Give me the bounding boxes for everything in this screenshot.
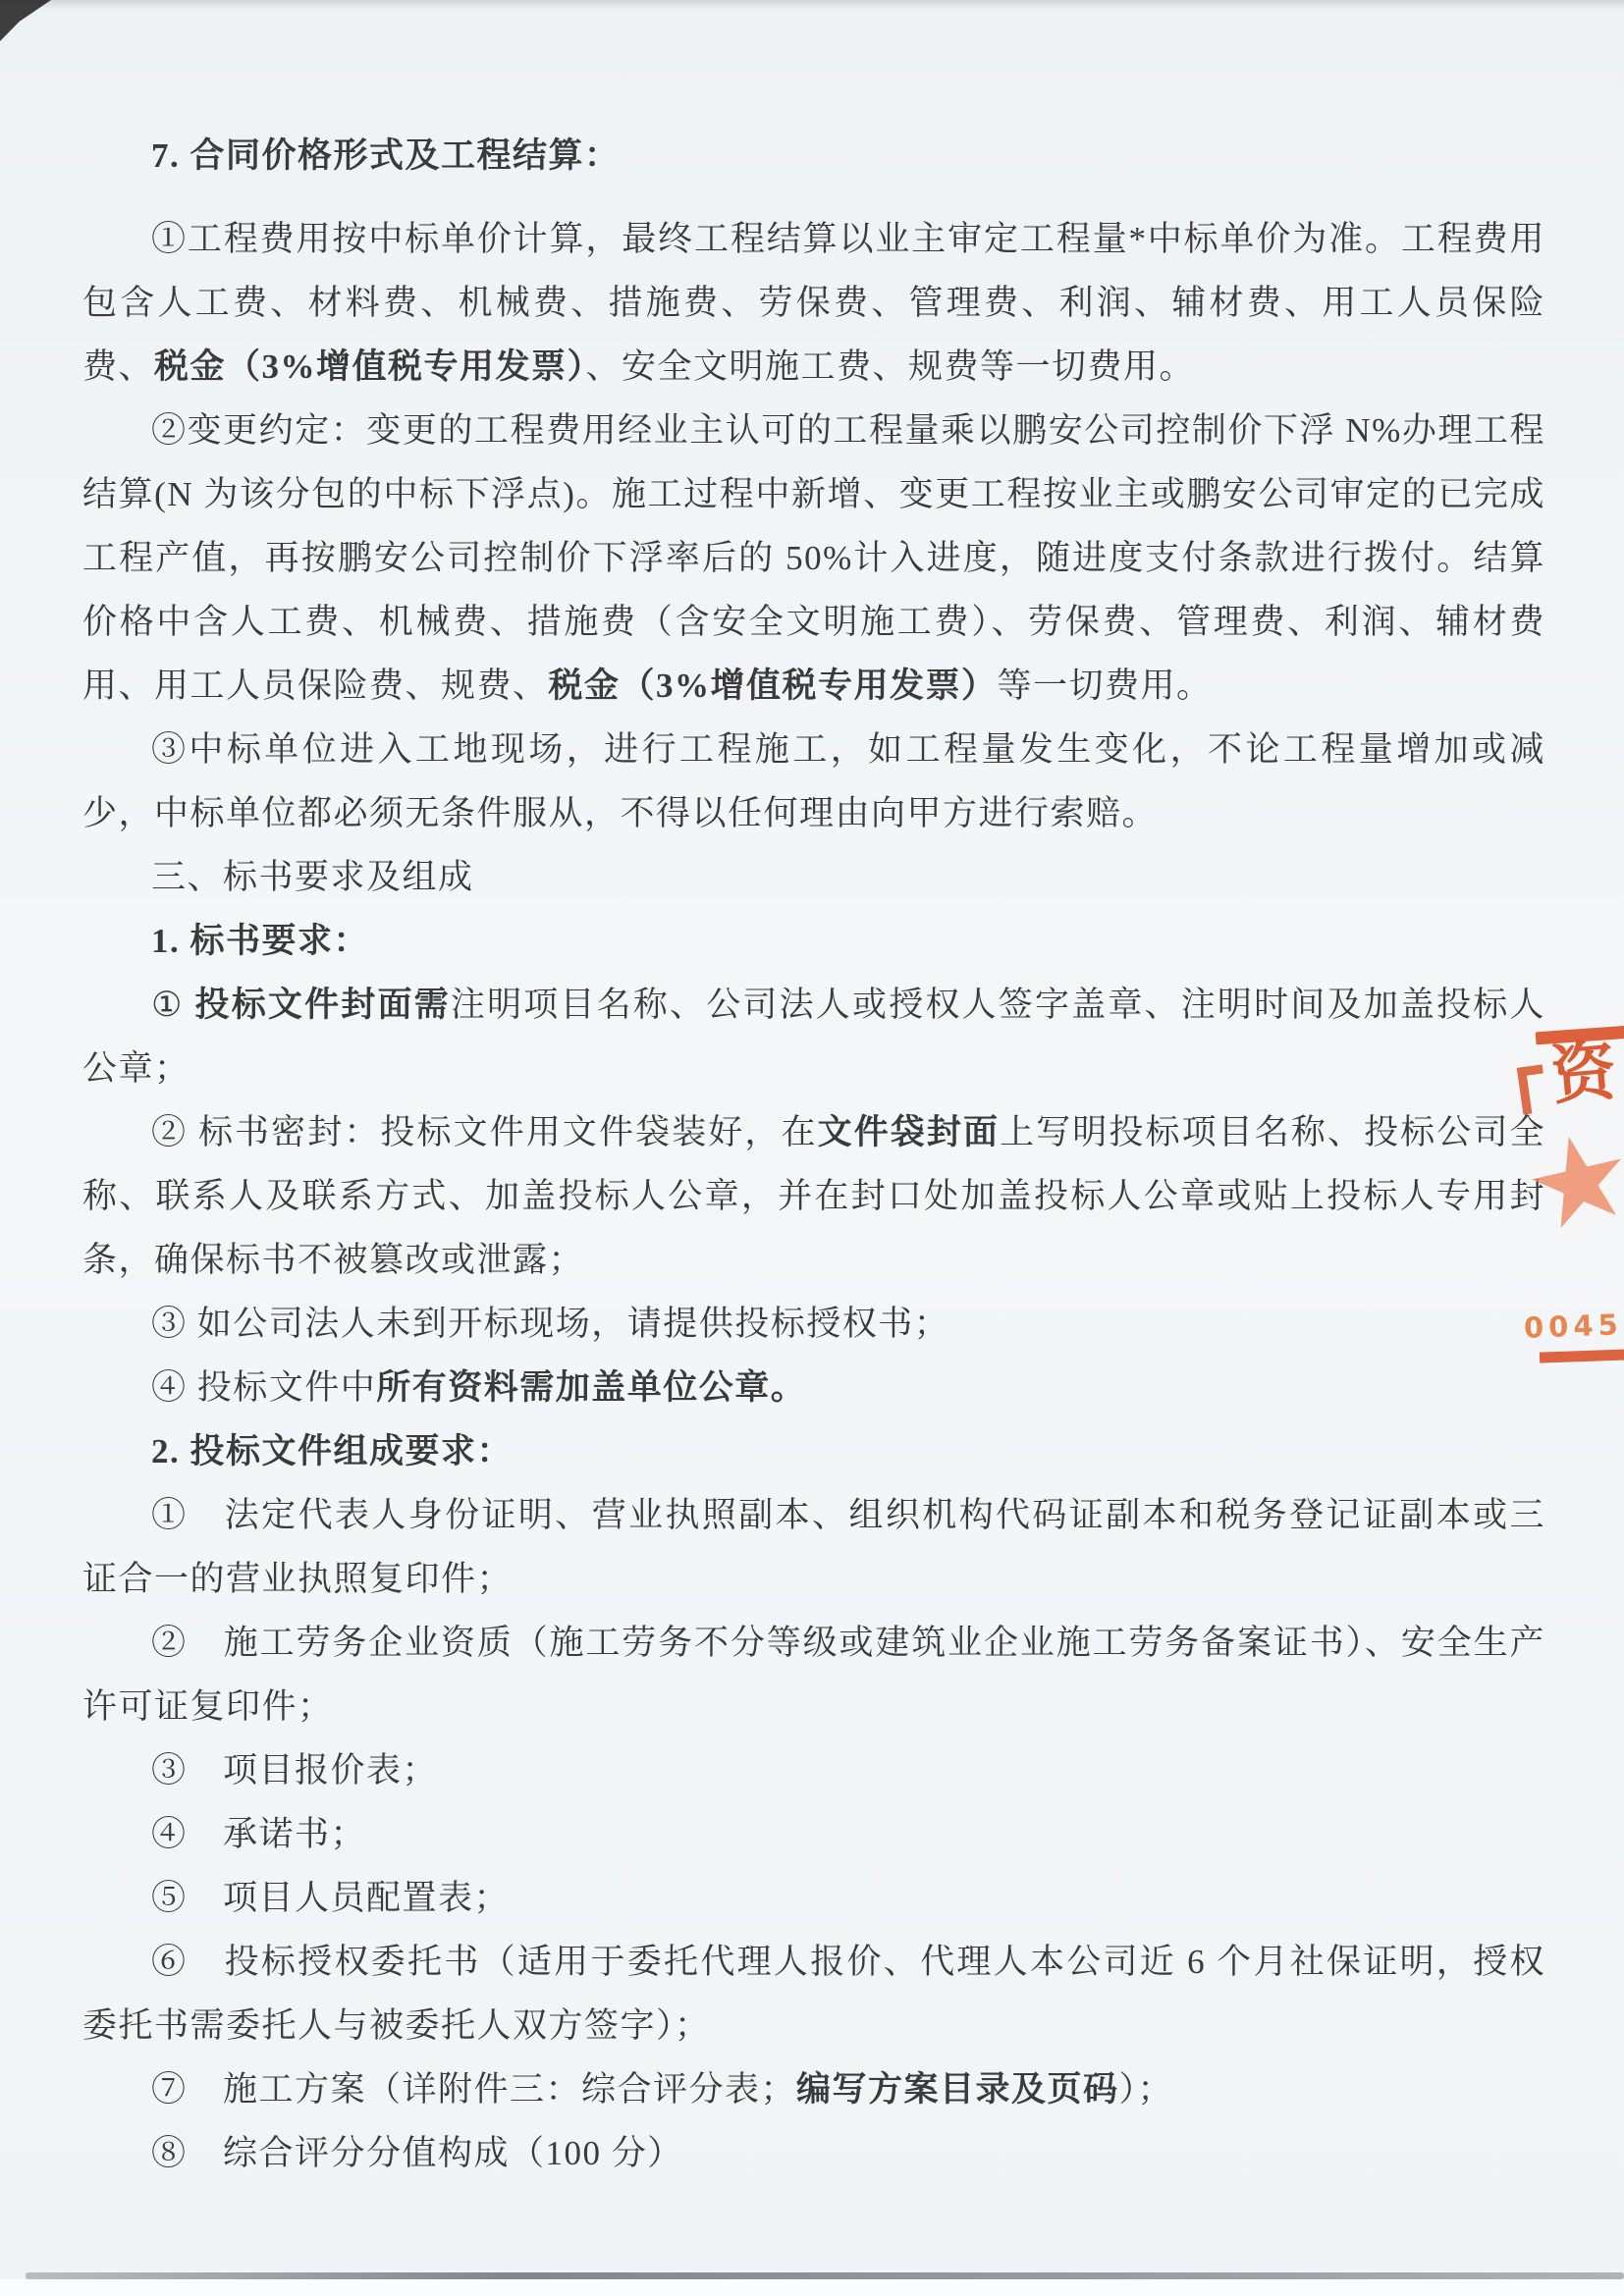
- subsection-1-title: 1. 标书要求：: [82, 909, 1545, 973]
- bid-composition-item-2: ② 施工劳务企业资质（施工劳务不分等级或建筑业企业施工劳务备案证书）、安全生产许…: [82, 1611, 1545, 1738]
- stamp-star-icon: ★: [1514, 1112, 1624, 1253]
- bid-requirement-item-2-text: ② 标书密封：投标文件用文件袋装好，在: [151, 1113, 818, 1151]
- bid-requirement-item-4: ④ 投标文件中所有资料需加盖单位公章。: [82, 1356, 1545, 1419]
- paragraph-change-agreement: ②变更约定：变更的工程费用经业主认可的工程量乘以鹏安公司控制价下浮 N%办理工程…: [82, 399, 1545, 718]
- bid-composition-item-7-tail: ）；: [1119, 2070, 1174, 2109]
- bid-requirement-item-1-num: ①: [151, 986, 195, 1024]
- paragraph-site-obligation: ③中标单位进入工地现场，进行工程施工，如工程量发生变化，不论工程量增加或减少，中…: [82, 718, 1545, 845]
- stamp-character: 资: [1548, 1040, 1619, 1110]
- bid-requirement-item-2-bold: 文件袋封面: [818, 1113, 1001, 1151]
- bid-requirement-item-4-bold: 所有资料需加盖单位公章。: [376, 1368, 806, 1407]
- bid-requirement-item-4-text: ④ 投标文件中: [151, 1368, 376, 1407]
- bid-requirement-item-1-bold: 投标文件封面需: [195, 986, 451, 1024]
- paragraph-project-cost-bold-tax: 税金（3%增值税专用发票）: [154, 347, 586, 386]
- bid-composition-item-7-text: ⑦ 施工方案（详附件三：综合评分表；: [151, 2070, 796, 2109]
- bid-requirement-item-1: ① 投标文件封面需注明项目名称、公司法人或授权人签字盖章、注明时间及加盖投标人公…: [82, 973, 1545, 1100]
- scan-bottom-edge-line: [26, 2272, 1624, 2279]
- paragraph-change-agreement-text: ②变更约定：变更的工程费用经业主认可的工程量乘以鹏安公司控制价下浮 N%办理工程…: [82, 411, 1545, 705]
- bid-requirement-item-3: ③ 如公司法人未到开标现场，请提供投标授权书；: [82, 1292, 1545, 1356]
- bid-composition-item-7-bold: 编写方案目录及页码: [796, 2070, 1119, 2109]
- bid-composition-item-7: ⑦ 施工方案（详附件三：综合评分表；编写方案目录及页码）；: [82, 2057, 1545, 2121]
- document-content: 7. 合同价格形式及工程结算： ①工程费用按中标单价计算，最终工程结算以业主审定…: [82, 124, 1545, 2185]
- paragraph-project-cost: ①工程费用按中标单价计算，最终工程结算以业主审定工程量*中标单价为准。工程费用包…: [82, 207, 1545, 399]
- subsection-2-title: 2. 投标文件组成要求：: [82, 1419, 1545, 1483]
- stamp-border-bottom: [1540, 1349, 1624, 1362]
- stamp-partial-character: [1517, 1064, 1548, 1114]
- scan-below-edge-strip: [0, 2279, 1624, 2296]
- stamp-serial-number: 0045: [1523, 1308, 1623, 1344]
- red-seal-stamp: 资 ★ 0045: [1514, 1021, 1624, 1384]
- paragraph-project-cost-tail: 、安全文明施工费、规费等一切费用。: [586, 347, 1196, 386]
- bid-composition-item-4: ④ 承诺书；: [82, 1802, 1545, 1866]
- bid-composition-item-3: ③ 项目报价表；: [82, 1738, 1545, 1802]
- scanned-document-page: 7. 合同价格形式及工程结算： ①工程费用按中标单价计算，最终工程结算以业主审定…: [0, 0, 1624, 2296]
- paragraph-change-agreement-tail: 等一切费用。: [998, 667, 1213, 705]
- section-3-title: 三、标书要求及组成: [82, 845, 1545, 909]
- paragraph-change-agreement-bold-tax: 税金（3%增值税专用发票）: [549, 667, 998, 705]
- bid-composition-item-8: ⑧ 综合评分分值构成（100 分）: [82, 2121, 1545, 2185]
- bid-requirement-item-2: ② 标书密封：投标文件用文件袋装好，在文件袋封面上写明投标项目名称、投标公司全称…: [82, 1100, 1545, 1292]
- bid-composition-item-6: ⑥ 投标授权委托书（适用于委托代理人报价、代理人本公司近 6 个月社保证明，授权…: [82, 1930, 1545, 2057]
- scan-top-edge-shadow: [0, 0, 1624, 10]
- bid-composition-item-1: ① 法定代表人身份证明、营业执照副本、组织机构代码证副本和税务登记证副本或三证合…: [82, 1483, 1545, 1611]
- section-7-title: 7. 合同价格形式及工程结算：: [82, 124, 1545, 187]
- bid-composition-item-5: ⑤ 项目人员配置表；: [82, 1866, 1545, 1930]
